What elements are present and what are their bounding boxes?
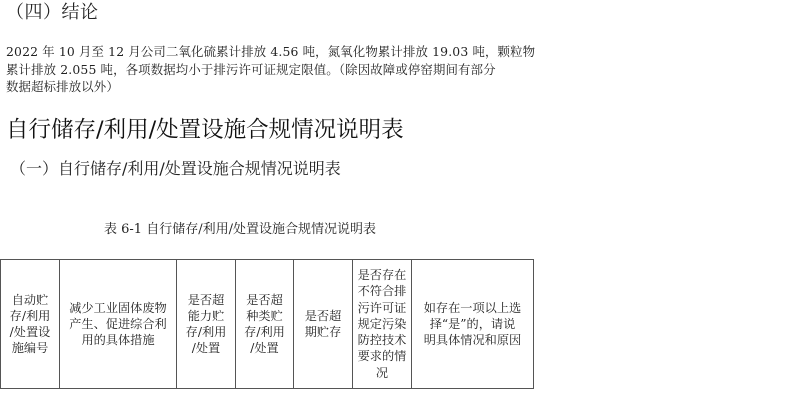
sub-title: （一）自行储存/利用/处置设施合规情况说明表: [10, 158, 341, 180]
paragraph-line-1: 2022 年 10 月至 12 月公司二氧化硫累计排放 4.56 吨，氮氧化物累…: [6, 43, 566, 61]
table-header-row: 自动贮 存/利用 /处置设 施编号 减少工业固体废物 产生、促进综合利 用的具体…: [1, 260, 534, 389]
header-over-capacity: 是否超 能力贮 存/利用 /处置: [177, 260, 236, 389]
compliance-table: 自动贮 存/利用 /处置设 施编号 减少工业固体废物 产生、促进综合利 用的具体…: [0, 259, 534, 389]
main-title: 自行储存/利用/处置设施合规情况说明表: [6, 116, 404, 144]
header-over-category: 是否超 种类贮 存/利用 /处置: [236, 260, 294, 389]
header-explanation: 如存在一项以上选 择“是”的，请说 明具体情况和原因: [412, 260, 534, 389]
header-noncompliance: 是否存在 不符合排 污许可证 规定污染 防控技术 要求的情 况: [353, 260, 412, 389]
header-reduction-measures: 减少工业固体废物 产生、促进综合利 用的具体措施: [60, 260, 177, 389]
section-heading-conclusion: （四）结论: [6, 2, 99, 24]
conclusion-paragraph: 2022 年 10 月至 12 月公司二氧化硫累计排放 4.56 吨，氮氧化物累…: [6, 43, 566, 96]
header-over-period: 是否超 期贮存: [294, 260, 353, 389]
paragraph-line-2: 累计排放 2.055 吨，各项数据均小于排污许可证规定限值。（除因故障或停窑期间…: [6, 61, 566, 79]
header-facility-id: 自动贮 存/利用 /处置设 施编号: [1, 260, 60, 389]
paragraph-line-3: 数据超标排放以外）: [6, 78, 566, 96]
table-caption: 表 6-1 自行储存/利用/处置设施合规情况说明表: [104, 221, 376, 239]
